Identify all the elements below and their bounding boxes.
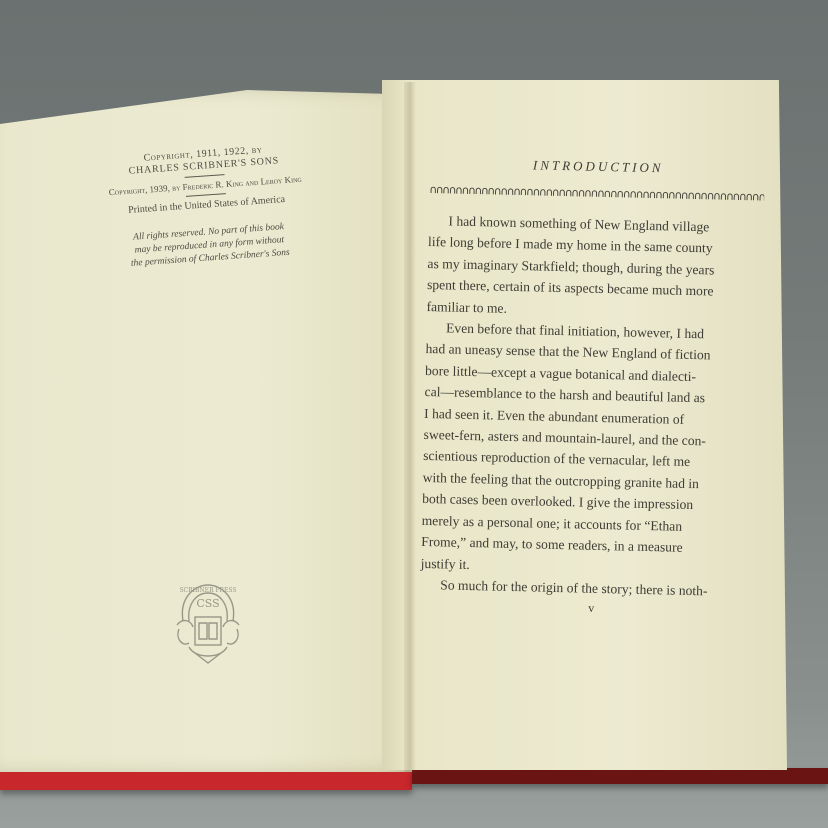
body-text: I had known something of New England vil… bbox=[420, 210, 784, 603]
svg-text:SCRIBNER PRESS: SCRIBNER PRESS bbox=[179, 587, 236, 594]
copyright-block: Copyright, 1911, 1922, by CHARLES SCRIBN… bbox=[68, 139, 346, 275]
svg-text:CSS: CSS bbox=[196, 597, 219, 610]
divider bbox=[186, 193, 226, 197]
introduction-page: INTRODUCTION ∩∩∩∩∩∩∩∩∩∩∩∩∩∩∩∩∩∩∩∩∩∩∩∩∩∩∩… bbox=[420, 155, 785, 620]
divider bbox=[185, 174, 225, 178]
decorative-border-icon: ∩∩∩∩∩∩∩∩∩∩∩∩∩∩∩∩∩∩∩∩∩∩∩∩∩∩∩∩∩∩∩∩∩∩∩∩∩∩∩∩… bbox=[429, 183, 764, 204]
book-cover-edge-right bbox=[412, 768, 828, 784]
publisher-seal-icon: SCRIBNER PRESS CSS bbox=[165, 577, 251, 667]
book-gutter bbox=[404, 82, 416, 772]
